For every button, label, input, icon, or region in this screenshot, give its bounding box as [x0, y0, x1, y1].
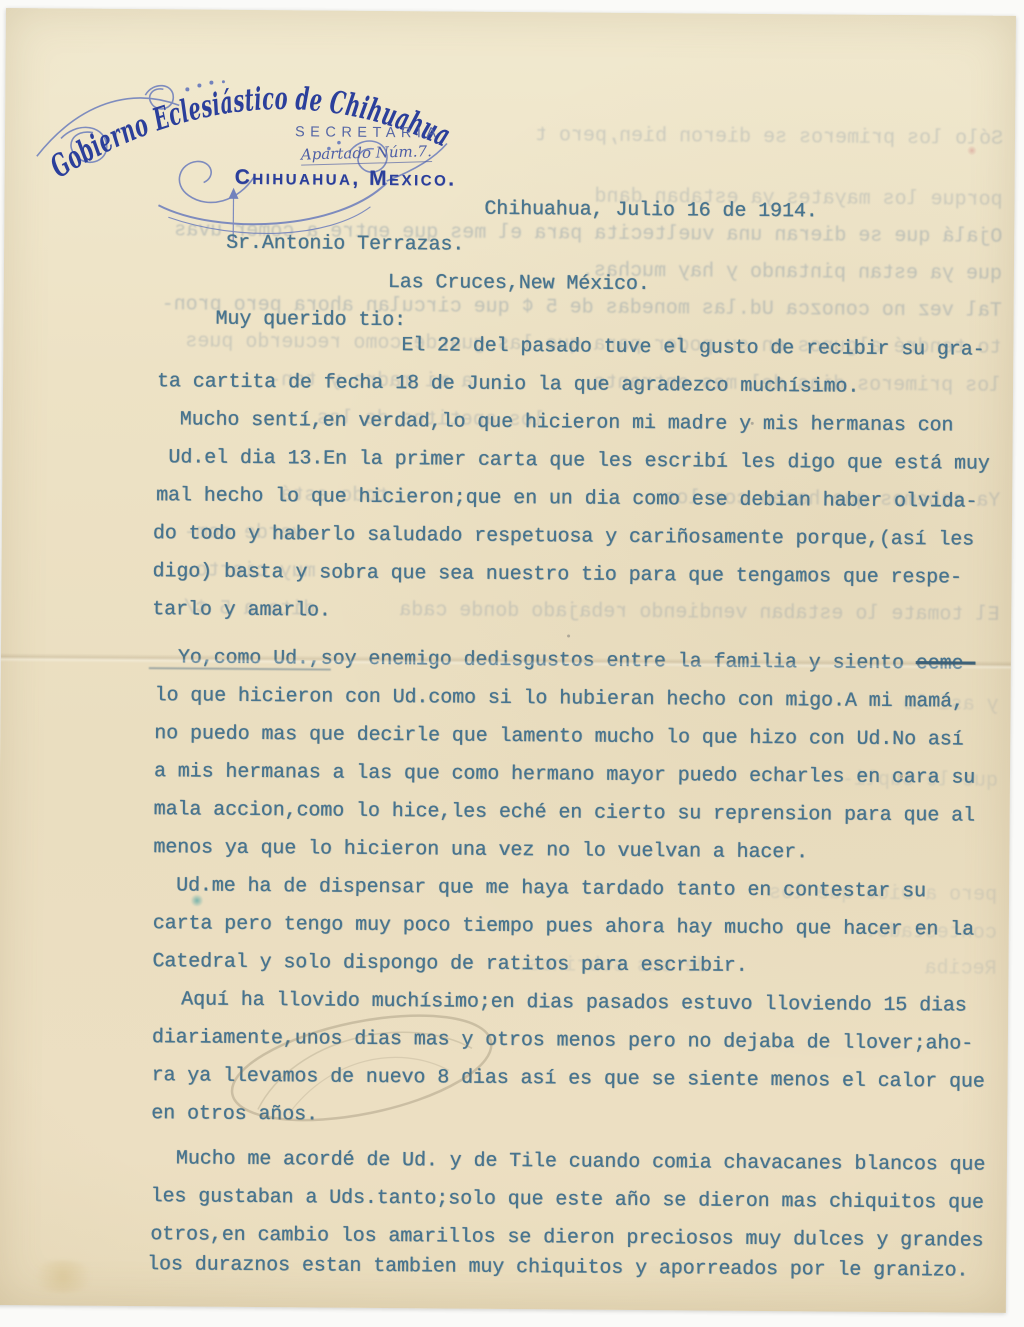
body-line: tarlo y amarlo. — [152, 600, 331, 621]
recipient-name: Sr.Antonio Terrazas. — [226, 234, 464, 256]
body-line: ta cartita de fecha 18 de Junio la que a… — [157, 372, 859, 398]
body-line: no puedo mas que decirle que lamento muc… — [154, 724, 963, 750]
body-line: Mucho me acordé de Ud. y de Tile cuando … — [176, 1149, 985, 1175]
paper-stain — [26, 1260, 100, 1293]
bleedthrough-layer: Sólo los primeros se dieron bien,pero t … — [6, 8, 1016, 16]
underline-mark — [149, 667, 331, 670]
recipient-city: Las Cruces,New México. — [388, 273, 650, 295]
body-line: mal hecho lo que hicieron;que en un dia … — [156, 486, 977, 512]
ink-speck — [567, 634, 570, 637]
body-line: menos ya que lo hicieron una vez no lo v… — [153, 838, 808, 863]
letter-body: El 22 del pasado tuve el gusto de recibi… — [6, 8, 1016, 16]
ink-speck — [751, 422, 754, 425]
body-line: les gustaban a Uds.tanto;solo que este a… — [151, 1187, 984, 1214]
scanned-letter: Sólo los primeros se dieron bien,pero t … — [0, 0, 1024, 1327]
body-line: lo que hicieron con Ud.como si lo hubier… — [155, 686, 964, 712]
ink-speck — [900, 775, 903, 778]
letterhead-city-line: Chihuahua, Mexico. — [235, 166, 457, 192]
ink-smudge — [190, 894, 204, 906]
body-line: mala accion,como lo hice,les eché en cie… — [154, 800, 975, 826]
body-line: Ud.el dia 13.En la primer carta que les … — [168, 448, 989, 474]
body-line: Ud.me ha de dispensar que me haya tardad… — [176, 876, 926, 902]
letter-page: Sólo los primeros se dieron bien,pero t … — [0, 8, 1016, 1313]
paper-stain — [967, 146, 977, 156]
body-line: los duraznos estan tambien muy chiquitos… — [147, 1255, 968, 1281]
letterhead-apartado: Apartado Núm.7. — [301, 142, 433, 166]
letterhead-secretaria: SECRETARIA — [295, 124, 442, 141]
body-line: Mucho sentí,en verdad,lo que hicieron mi… — [180, 410, 954, 436]
seal-impression — [211, 992, 512, 1144]
letterhead: Gobierno Eclesiástico de Chihuahua SECRE… — [6, 8, 1016, 16]
body-line: Catedral y solo dispongo de ratitos para… — [152, 952, 747, 977]
bleed-line: Sólo los primeros se dieron bien,pero t — [535, 126, 1003, 150]
salutation: Muy querido tio: — [215, 310, 406, 331]
body-line: digo) basta y sobra que sea nuestro tio … — [152, 562, 961, 588]
body-line: carta pero tengo muy poco tiempo pues ah… — [153, 914, 974, 940]
body-line: a mis hermanas a las que como hermano ma… — [154, 762, 975, 788]
body-line: otros,en cambio los amarillos se dieron … — [150, 1225, 983, 1252]
body-line: El 22 del pasado tuve el gusto de recibi… — [401, 336, 984, 361]
body-line: do todo y haberlo saludado respetuosa y … — [153, 524, 974, 550]
dateline: Chihuahua, Julio 16 de 1914. — [484, 200, 817, 223]
